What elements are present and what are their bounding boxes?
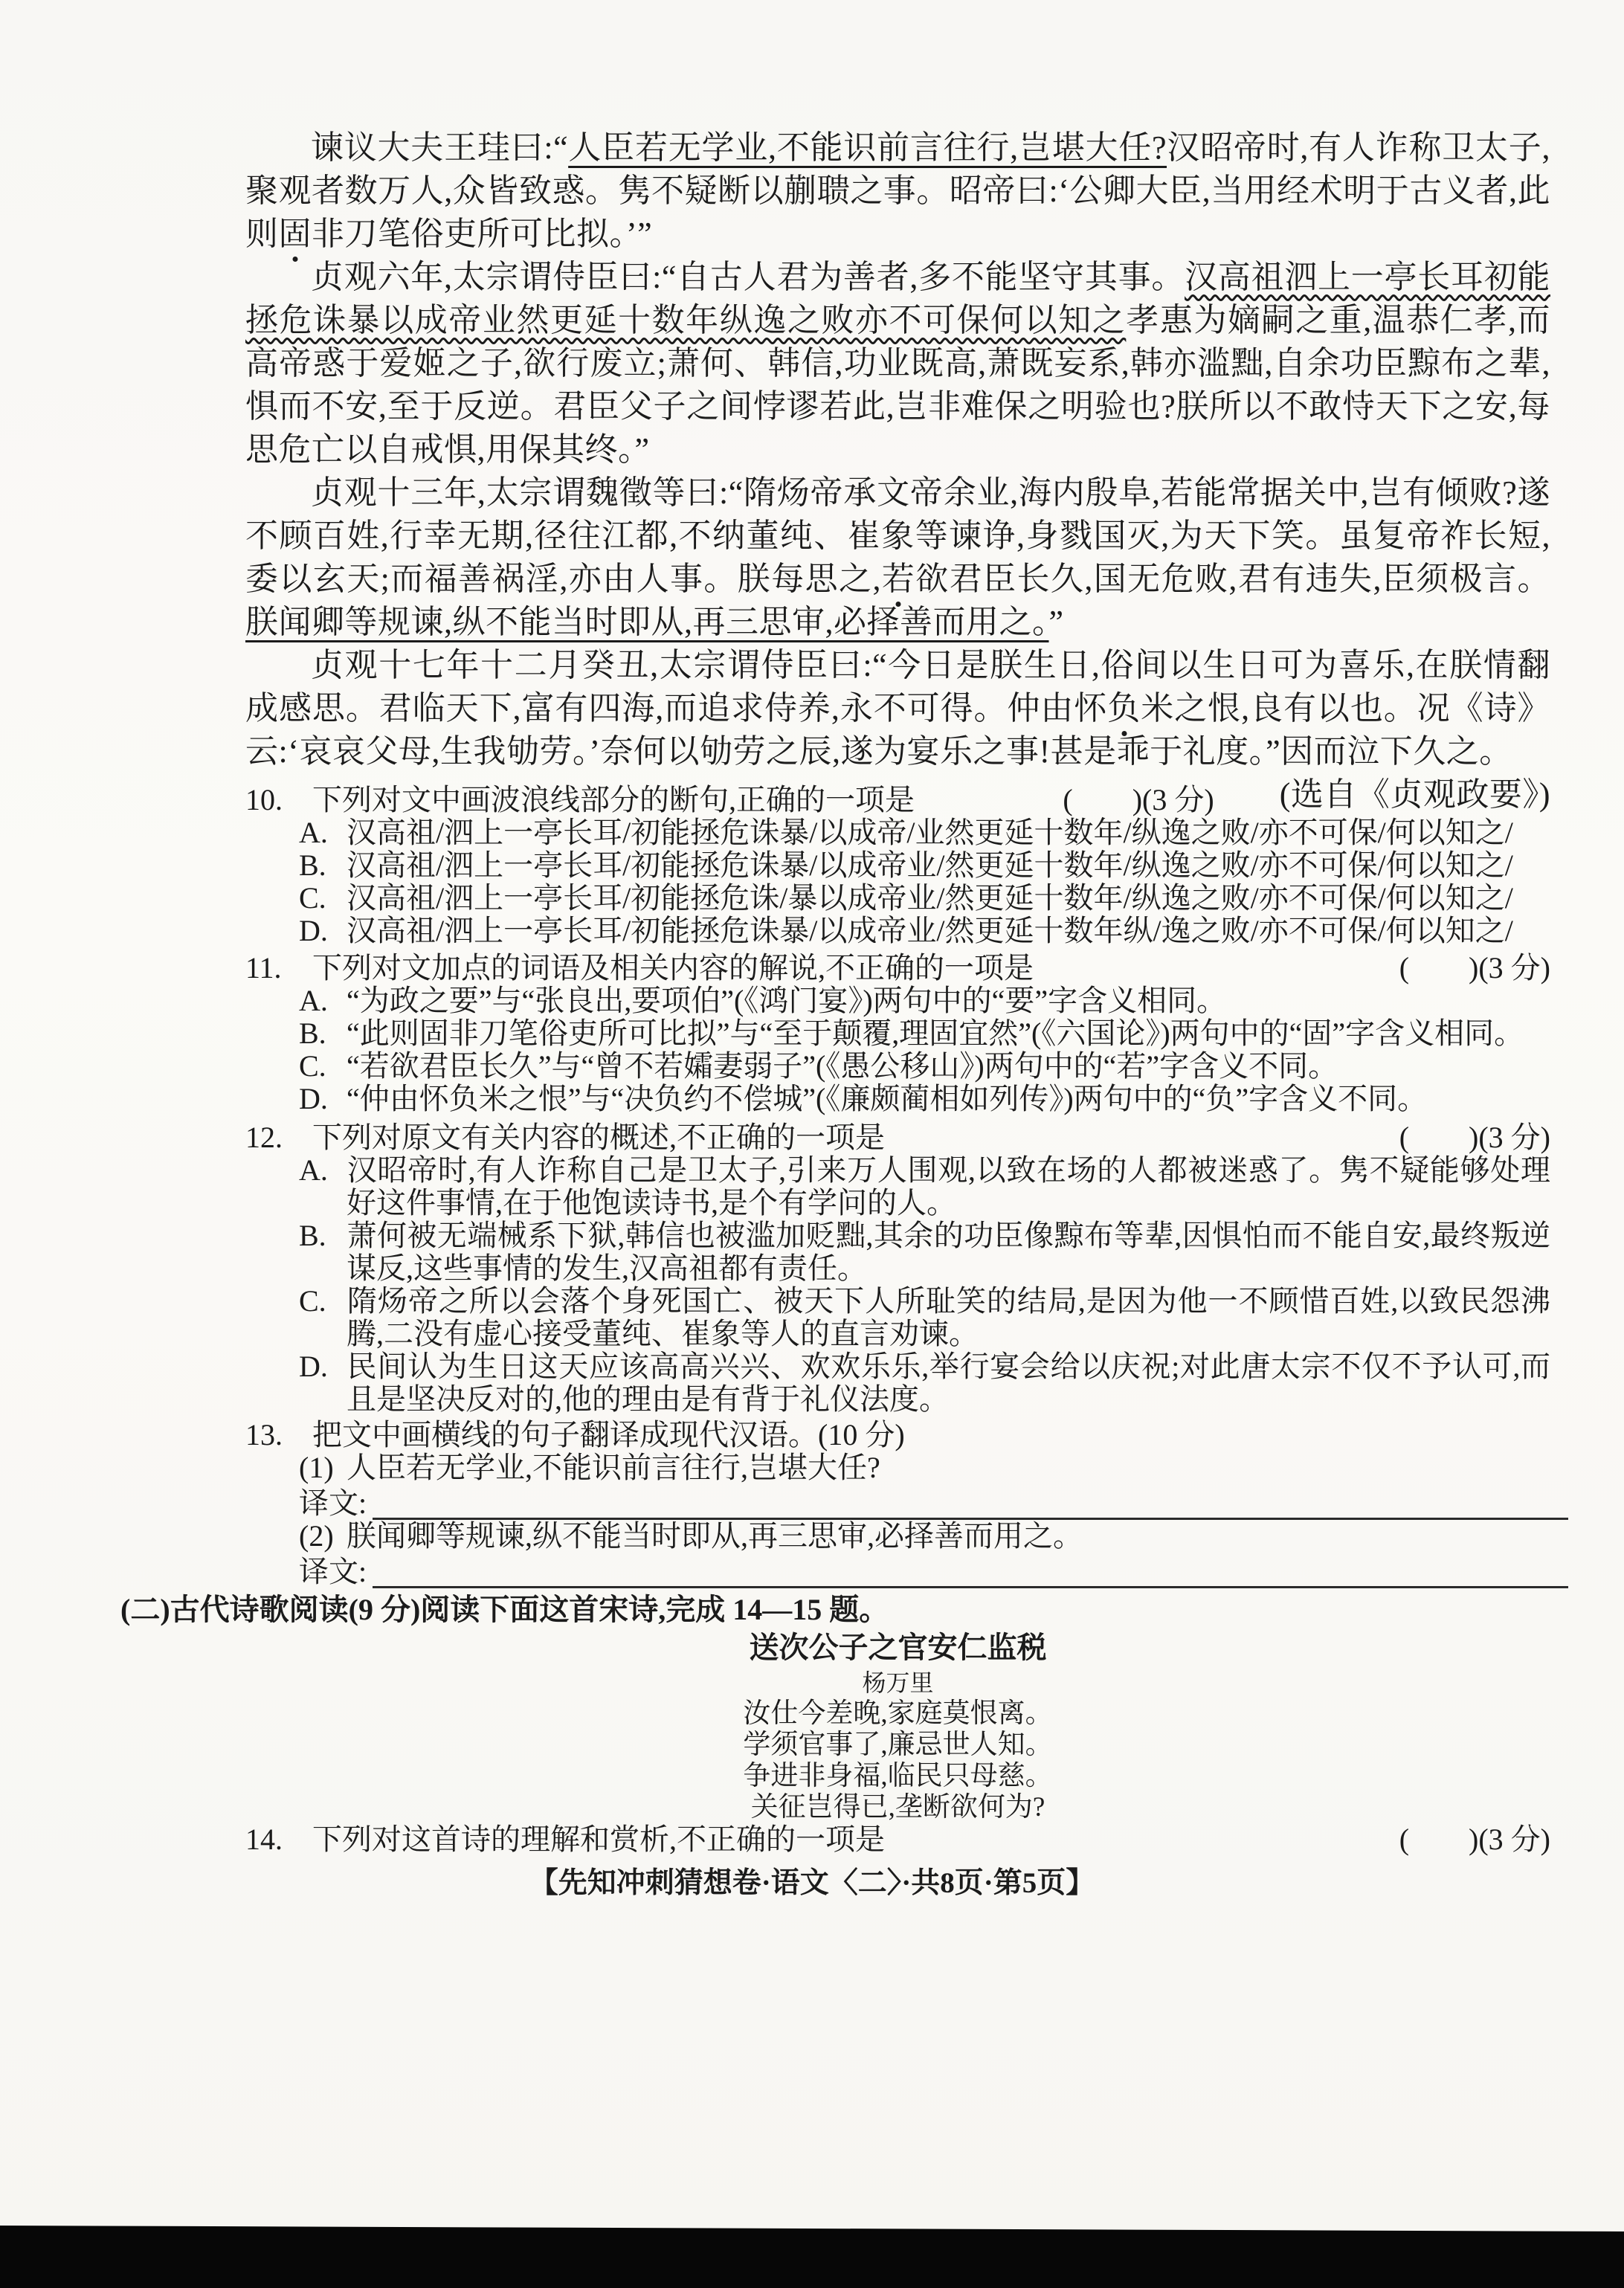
poem-title: 送次公子之官安仁监税 bbox=[245, 1628, 1550, 1667]
emphasis-dot-char-ruo: 若 bbox=[881, 561, 915, 597]
question-11-option-a: A.“为政之要”与“张良出,要项伯”(《鸿门宴》)两句中的“要”字含义相同。 bbox=[299, 985, 1550, 1017]
item-label: (1) bbox=[299, 1451, 347, 1484]
answer-bracket: ( )(3 分) bbox=[1399, 952, 1550, 985]
option-letter: C. bbox=[299, 882, 347, 915]
question-number: 10. bbox=[245, 784, 312, 816]
option-letter: B. bbox=[299, 1219, 347, 1252]
option-letter: B. bbox=[299, 1017, 347, 1050]
passage-paragraph-3: 贞观十三年,太宗谓魏徵等曰:“隋炀帝承文帝余业,海内殷阜,若能常据关中,岂有倾败… bbox=[245, 471, 1550, 644]
question-14-stem-row: 14. 下列对这首诗的理解和赏析,不正确的一项是 ( )(3 分) bbox=[245, 1823, 1550, 1856]
underlined-sentence-1: 人臣若无学业,不能识前言往行,岂堪大任? bbox=[568, 129, 1167, 166]
exam-page: 谏议大夫王珪曰:“人臣若无学业,不能识前言往行,岂堪大任?汉昭帝时,有人诈称卫太… bbox=[0, 0, 1624, 2288]
passage-text: 欲君臣长久,国无危败,君有违失,臣须极言。 bbox=[915, 561, 1550, 597]
option-text: 汉高祖/泗上一亭长耳/初能拯危诛/暴以成帝业/然更延十数年/纵逸之败/亦不可保/… bbox=[347, 881, 1513, 915]
option-letter: A. bbox=[299, 816, 347, 849]
passage-source: (选自《贞观政要》) bbox=[1214, 773, 1550, 816]
question-13-item-2: (2)朕闻卿等规谏,纵不能当时即从,再三思审,必择善而用之。 bbox=[299, 1520, 1550, 1553]
option-text: 萧何被无端械系下狱,韩信也被滥加贬黜,其余的功臣像黥布等辈,因惧怕而不能自安,最… bbox=[347, 1219, 1550, 1285]
question-number: 14. bbox=[245, 1823, 312, 1856]
question-11-stem-row: 11. 下列对文加点的词语及相关内容的解说,不正确的一项是 ( )(3 分) bbox=[245, 952, 1550, 985]
option-text: 汉高祖/泗上一亭长耳/初能拯危诛暴/以成帝/业然更延十数年/纵逸之败/亦不可保/… bbox=[347, 816, 1513, 849]
question-stem: 把文中画横线的句子翻译成现代汉语。(10 分) bbox=[312, 1419, 1550, 1451]
question-10-stem-row: 10. 下列对文中画波浪线部分的断句,正确的一项是 ( )(3 分) bbox=[245, 784, 1214, 816]
question-12-option-d: D.民间认为生日这天应该高高兴兴、欢欢乐乐,举行宴会给以庆祝;对此唐太宗不仅不予… bbox=[299, 1350, 1550, 1416]
answer-bracket: ( )(3 分) bbox=[1399, 1121, 1550, 1154]
option-letter: C. bbox=[299, 1285, 347, 1318]
question-stem: 下列对文中画波浪线部分的断句,正确的一项是 bbox=[312, 784, 1063, 816]
option-text: 隋炀帝之所以会落个身死国亡、被天下人所耻笑的结局,是因为他一不顾惜百姓,以致民怨… bbox=[347, 1284, 1550, 1350]
option-text: 汉高祖/泗上一亭长耳/初能拯危诛暴/以成帝业/然更延十数年/纵逸之败/亦不可保/… bbox=[347, 848, 1513, 882]
poem-line: 汝仕今差晚,家庭莫恨离。 bbox=[245, 1698, 1550, 1730]
answer-blank-line bbox=[373, 1492, 1568, 1520]
question-stem: 下列对文加点的词语及相关内容的解说,不正确的一项是 bbox=[312, 952, 1399, 985]
page-content: 谏议大夫王珪曰:“人臣若无学业,不能识前言往行,岂堪大任?汉昭帝时,有人诈称卫太… bbox=[0, 0, 1624, 1901]
poem-line: 关征岂得已,垄断欲何为? bbox=[245, 1792, 1550, 1823]
option-text: 民间认为生日这天应该高高兴兴、欢欢乐乐,举行宴会给以庆祝;对此唐太宗不仅不予认可… bbox=[347, 1350, 1550, 1416]
option-letter: B. bbox=[299, 849, 347, 882]
question-11-option-d: D.“仲由怀负米之恨”与“决负约不偿城”(《廉颇蔺相如列传》)两句中的“负”字含… bbox=[299, 1083, 1550, 1115]
question-12-option-c: C.隋炀帝之所以会落个身死国亡、被天下人所耻笑的结局,是因为他一不顾惜百姓,以致… bbox=[299, 1285, 1550, 1350]
question-11: 11. 下列对文加点的词语及相关内容的解说,不正确的一项是 ( )(3 分) A… bbox=[245, 952, 1550, 1115]
option-letter: D. bbox=[299, 1350, 347, 1383]
translation-row-1: 译文: bbox=[299, 1484, 1550, 1520]
question-13: 13. 把文中画横线的句子翻译成现代汉语。(10 分) (1)人臣若无学业,不能… bbox=[245, 1419, 1550, 1588]
option-letter: C. bbox=[299, 1050, 347, 1083]
translation-label: 译文: bbox=[299, 1487, 367, 1520]
passage-text: ” bbox=[1049, 604, 1064, 640]
item-label: (2) bbox=[299, 1520, 347, 1553]
emphasis-dot-char-fu: 负 bbox=[1107, 690, 1141, 726]
question-14: 14. 下列对这首诗的理解和赏析,不正确的一项是 ( )(3 分) bbox=[245, 1823, 1550, 1856]
option-text: 汉昭帝时,有人诈称自己是卫太子,引来万人围观,以致在场的人都被迷惑了。隽不疑能够… bbox=[347, 1153, 1550, 1219]
question-number: 13. bbox=[245, 1419, 312, 1451]
question-10-option-d: D.汉高祖/泗上一亭长耳/初能拯危诛暴/以成帝业/然更延十数年纵/逸之败/亦不可… bbox=[299, 915, 1550, 947]
question-stem: 下列对这首诗的理解和赏析,不正确的一项是 bbox=[312, 1823, 1399, 1856]
option-letter: D. bbox=[299, 915, 347, 947]
option-letter: D. bbox=[299, 1083, 347, 1115]
poem-line: 学须官事了,廉忌世人知。 bbox=[245, 1730, 1550, 1761]
poem-line: 争进非身福,临民只母慈。 bbox=[245, 1761, 1550, 1792]
question-number: 12. bbox=[245, 1121, 312, 1154]
option-text: 汉高祖/泗上一亭长耳/初能拯危诛暴/以成帝业/然更延十数年纵/逸之败/亦不可保/… bbox=[347, 914, 1513, 947]
question-10-option-a: A.汉高祖/泗上一亭长耳/初能拯危诛暴/以成帝/业然更延十数年/纵逸之败/亦不可… bbox=[299, 816, 1550, 849]
poem-block: 送次公子之官安仁监税 杨万里 汝仕今差晚,家庭莫恨离。 学须官事了,廉忌世人知。… bbox=[245, 1628, 1550, 1823]
section-2-heading: (二)古代诗歌阅读(9 分)阅读下面这首宋诗,完成 14—15 题。 bbox=[120, 1591, 1550, 1628]
option-text: “仲由怀负米之恨”与“决负约不偿城”(《廉颇蔺相如列传》)两句中的“负”字含义不… bbox=[347, 1082, 1427, 1115]
option-letter: A. bbox=[299, 985, 347, 1017]
passage-paragraph-4: 贞观十七年十二月癸丑,太宗谓侍臣曰:“今日是朕生日,俗间以生日可为喜乐,在朕情翻… bbox=[245, 644, 1550, 773]
page-footer: 【先知冲刺猜想卷·语文〈二〉·共8页·第5页】 bbox=[0, 1866, 1624, 1901]
question-12-stem-row: 12. 下列对原文有关内容的概述,不正确的一项是 ( )(3 分) bbox=[245, 1121, 1550, 1154]
poem-author: 杨万里 bbox=[245, 1667, 1550, 1698]
question-12: 12. 下列对原文有关内容的概述,不正确的一项是 ( )(3 分) A.汉昭帝时… bbox=[245, 1121, 1550, 1416]
answer-bracket: ( )(3 分) bbox=[1063, 784, 1214, 816]
emphasis-dot-char-gu: 固 bbox=[279, 216, 312, 252]
passage-text: 非刀笔俗吏所可比拟。’” bbox=[312, 216, 652, 252]
question-13-stem-row: 13. 把文中画横线的句子翻译成现代汉语。(10 分) bbox=[245, 1419, 1550, 1451]
question-11-option-b: B.“此则固非刀笔俗吏所可比拟”与“至于颠覆,理固宜然”(《六国论》)两句中的“… bbox=[299, 1017, 1550, 1050]
question-10-option-b: B.汉高祖/泗上一亭长耳/初能拯危诛暴/以成帝业/然更延十数年/纵逸之败/亦不可… bbox=[299, 849, 1550, 882]
option-text: “若欲君臣长久”与“曾不若孀妻弱子”(《愚公移山》)两句中的“若”字含义不同。 bbox=[347, 1049, 1338, 1083]
question-11-option-c: C.“若欲君臣长久”与“曾不若孀妻弱子”(《愚公移山》)两句中的“若”字含义不同… bbox=[299, 1050, 1550, 1083]
passage-text: 贞观六年,太宗谓侍臣曰:“自古人君为善者,多不能坚守其事。 bbox=[311, 259, 1185, 295]
passage-text: 谏议大夫王珪曰:“ bbox=[311, 129, 568, 166]
question-12-option-a: A.汉昭帝时,有人诈称自己是卫太子,引来万人围观,以致在场的人都被迷惑了。隽不疑… bbox=[299, 1154, 1550, 1219]
translation-label: 译文: bbox=[299, 1556, 367, 1588]
scanner-black-bar bbox=[0, 2224, 1624, 2288]
answer-bracket: ( )(3 分) bbox=[1399, 1823, 1550, 1856]
option-letter: A. bbox=[299, 1154, 347, 1187]
item-text: 朕闻卿等规谏,纵不能当时即从,再三思审,必择善而用之。 bbox=[347, 1519, 1083, 1553]
answer-blank-line bbox=[373, 1561, 1568, 1588]
item-text: 人臣若无学业,不能识前言往行,岂堪大任? bbox=[347, 1451, 880, 1484]
passage-paragraph-2: 贞观六年,太宗谓侍臣曰:“自古人君为善者,多不能坚守其事。汉高祖泗上一亭长耳初能… bbox=[245, 256, 1550, 471]
passage-paragraph-1: 谏议大夫王珪曰:“人臣若无学业,不能识前言往行,岂堪大任?汉昭帝时,有人诈称卫太… bbox=[245, 126, 1550, 256]
question-stem: 下列对原文有关内容的概述,不正确的一项是 bbox=[312, 1121, 1399, 1154]
question-13-item-1: (1)人臣若无学业,不能识前言往行,岂堪大任? bbox=[299, 1451, 1550, 1484]
option-text: “此则固非刀笔俗吏所可比拟”与“至于颠覆,理固宜然”(《六国论》)两句中的“固”… bbox=[347, 1016, 1524, 1050]
underlined-sentence-2: 朕闻卿等规谏,纵不能当时即从,再三思审,必择善而用之。 bbox=[245, 604, 1049, 640]
question-10-option-c: C.汉高祖/泗上一亭长耳/初能拯危诛/暴以成帝业/然更延十数年/纵逸之败/亦不可… bbox=[299, 882, 1550, 915]
question-number: 11. bbox=[245, 952, 312, 985]
translation-row-2: 译文: bbox=[299, 1553, 1550, 1588]
question-12-option-b: B.萧何被无端械系下狱,韩信也被滥加贬黜,其余的功臣像黥布等辈,因惧怕而不能自安… bbox=[299, 1219, 1550, 1285]
option-text: “为政之要”与“张良出,要项伯”(《鸿门宴》)两句中的“要”字含义相同。 bbox=[347, 984, 1226, 1017]
